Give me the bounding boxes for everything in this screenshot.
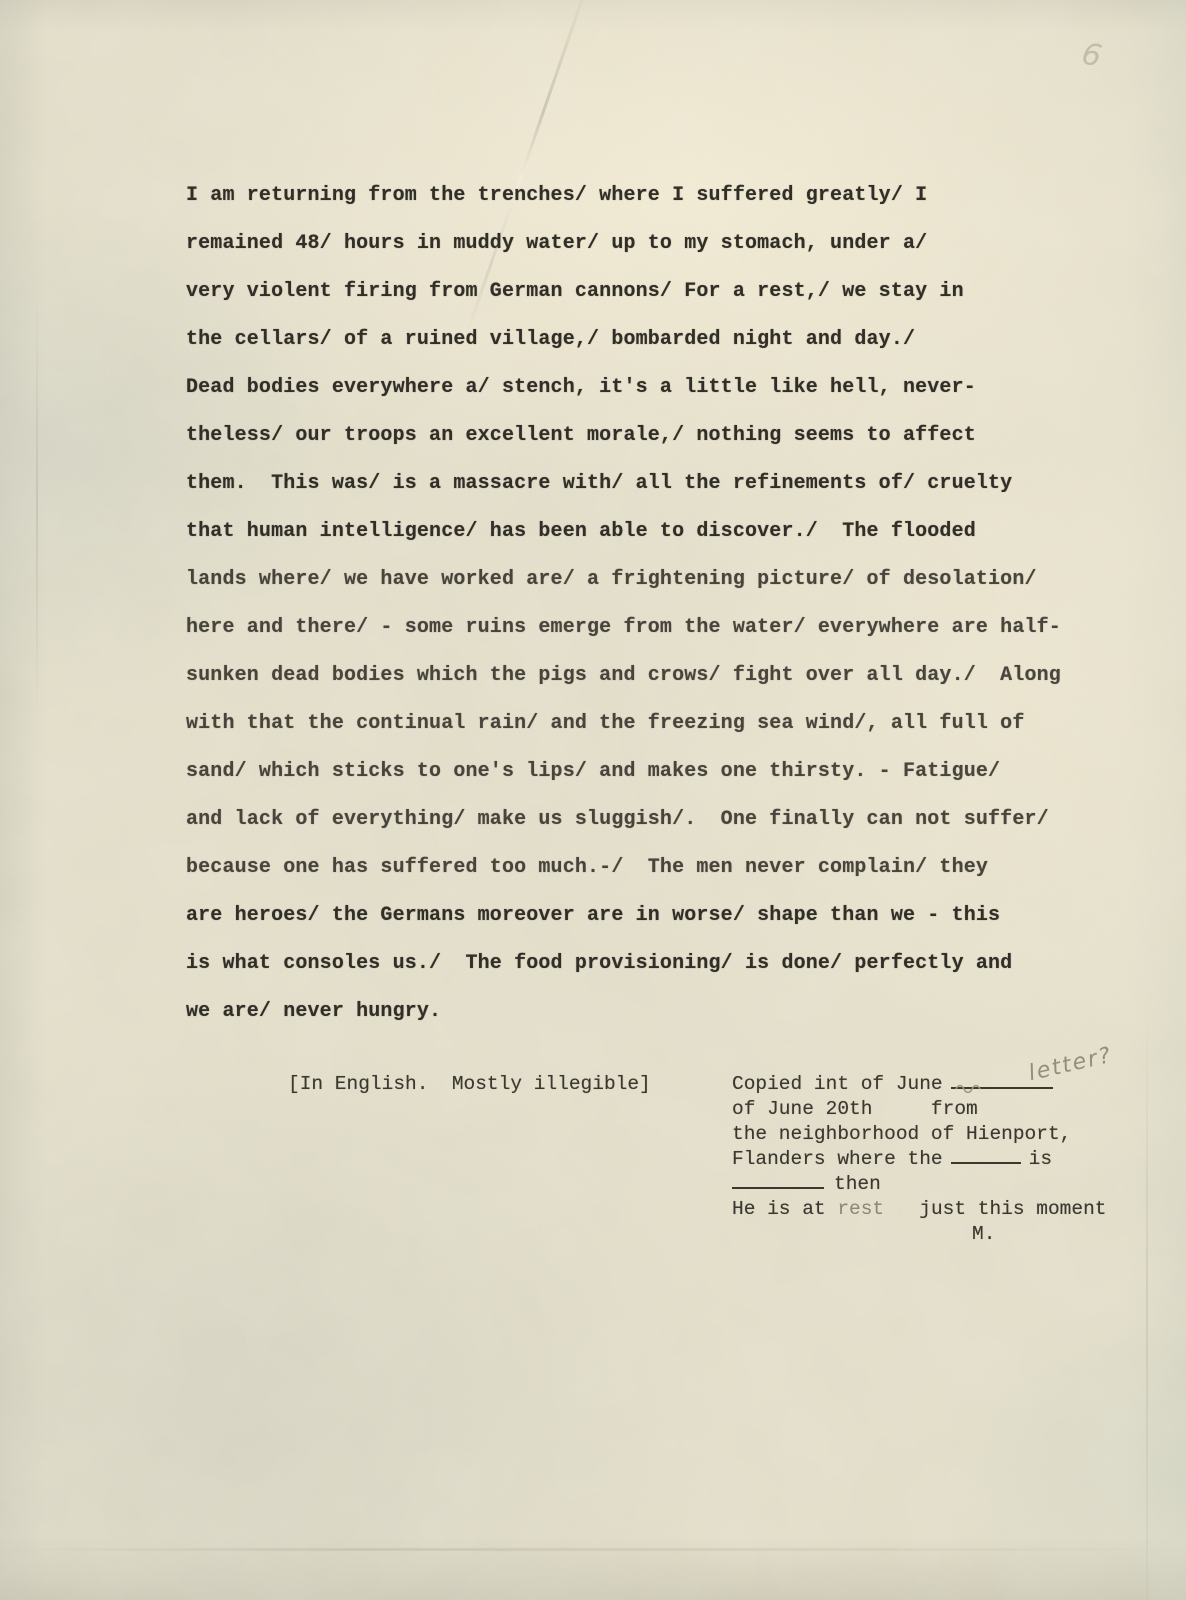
paper-crease-bottom: [0, 1548, 1186, 1551]
typed-line: are heroes/ the Germans moreover are in …: [186, 892, 1066, 940]
copy-note-text: M.: [972, 1223, 995, 1245]
copy-note-text: is: [1029, 1148, 1052, 1170]
copy-provenance-note: Copied int of June of June 20th from the…: [732, 1072, 1106, 1247]
letter-body: I am returning from the trenches/ where …: [186, 172, 1066, 1036]
copy-note-text: just this moment: [884, 1198, 1106, 1220]
typed-line: because one has suffered too much.-/ The…: [186, 844, 1066, 892]
typed-line: that human intelligence/ has been able t…: [186, 508, 1066, 556]
copy-note-text: of June 20th from: [732, 1098, 978, 1120]
typed-line: we are/ never hungry.: [186, 988, 1066, 1036]
copy-note-line: the neighborhood of Hienport,: [732, 1122, 1106, 1147]
typed-line: them. This was/ is a massacre with/ all …: [186, 460, 1066, 508]
typed-line: with that the continual rain/ and the fr…: [186, 700, 1066, 748]
copy-note-text: Copied int of June: [732, 1073, 943, 1095]
typed-line: here and there/ - some ruins emerge from…: [186, 604, 1066, 652]
pencil-squiggle-icon: [955, 1081, 989, 1093]
typed-line: the cellars/ of a ruined village,/ bomba…: [186, 316, 1066, 364]
typed-line: theless/ our troops an excellent morale,…: [186, 412, 1066, 460]
copy-note-line: then: [732, 1172, 1106, 1197]
copy-note-text: Flanders where the: [732, 1148, 943, 1170]
typed-line: is what consoles us./ The food provision…: [186, 940, 1066, 988]
scanned-letter-page: 6 I am returning from the trenches/ wher…: [0, 0, 1186, 1600]
pencil-corner-mark: 6: [1079, 36, 1105, 74]
blank-underline: [732, 1173, 824, 1189]
typed-line: sand/ which sticks to one's lips/ and ma…: [186, 748, 1066, 796]
copy-note-line: Flanders where theis: [732, 1147, 1106, 1172]
copy-note-text: then: [834, 1173, 881, 1195]
copy-note-text: the neighborhood of Hienport,: [732, 1123, 1071, 1145]
paper-crease-right: [1146, 1000, 1148, 1600]
copy-note-initial: M.: [732, 1222, 1106, 1247]
typed-line: lands where/ we have worked are/ a frigh…: [186, 556, 1066, 604]
pencil-word-rest: rest: [837, 1198, 884, 1220]
typed-line: sunken dead bodies which the pigs and cr…: [186, 652, 1066, 700]
copy-note-text: He is at: [732, 1198, 837, 1220]
blank-underline: [951, 1148, 1021, 1164]
translator-bracket-note: [In English. Mostly illegible]: [288, 1072, 651, 1097]
typed-line: and lack of everything/ make us sluggish…: [186, 796, 1066, 844]
typed-line: Dead bodies everywhere a/ stench, it's a…: [186, 364, 1066, 412]
typed-line: I am returning from the trenches/ where …: [186, 172, 1066, 220]
copy-note-line: of June 20th from: [732, 1097, 1106, 1122]
copy-note-line: He is at rest just this moment: [732, 1197, 1106, 1222]
paper-crease-left: [36, 290, 38, 720]
typed-line: very violent firing from German cannons/…: [186, 268, 1066, 316]
typed-line: remained 48/ hours in muddy water/ up to…: [186, 220, 1066, 268]
